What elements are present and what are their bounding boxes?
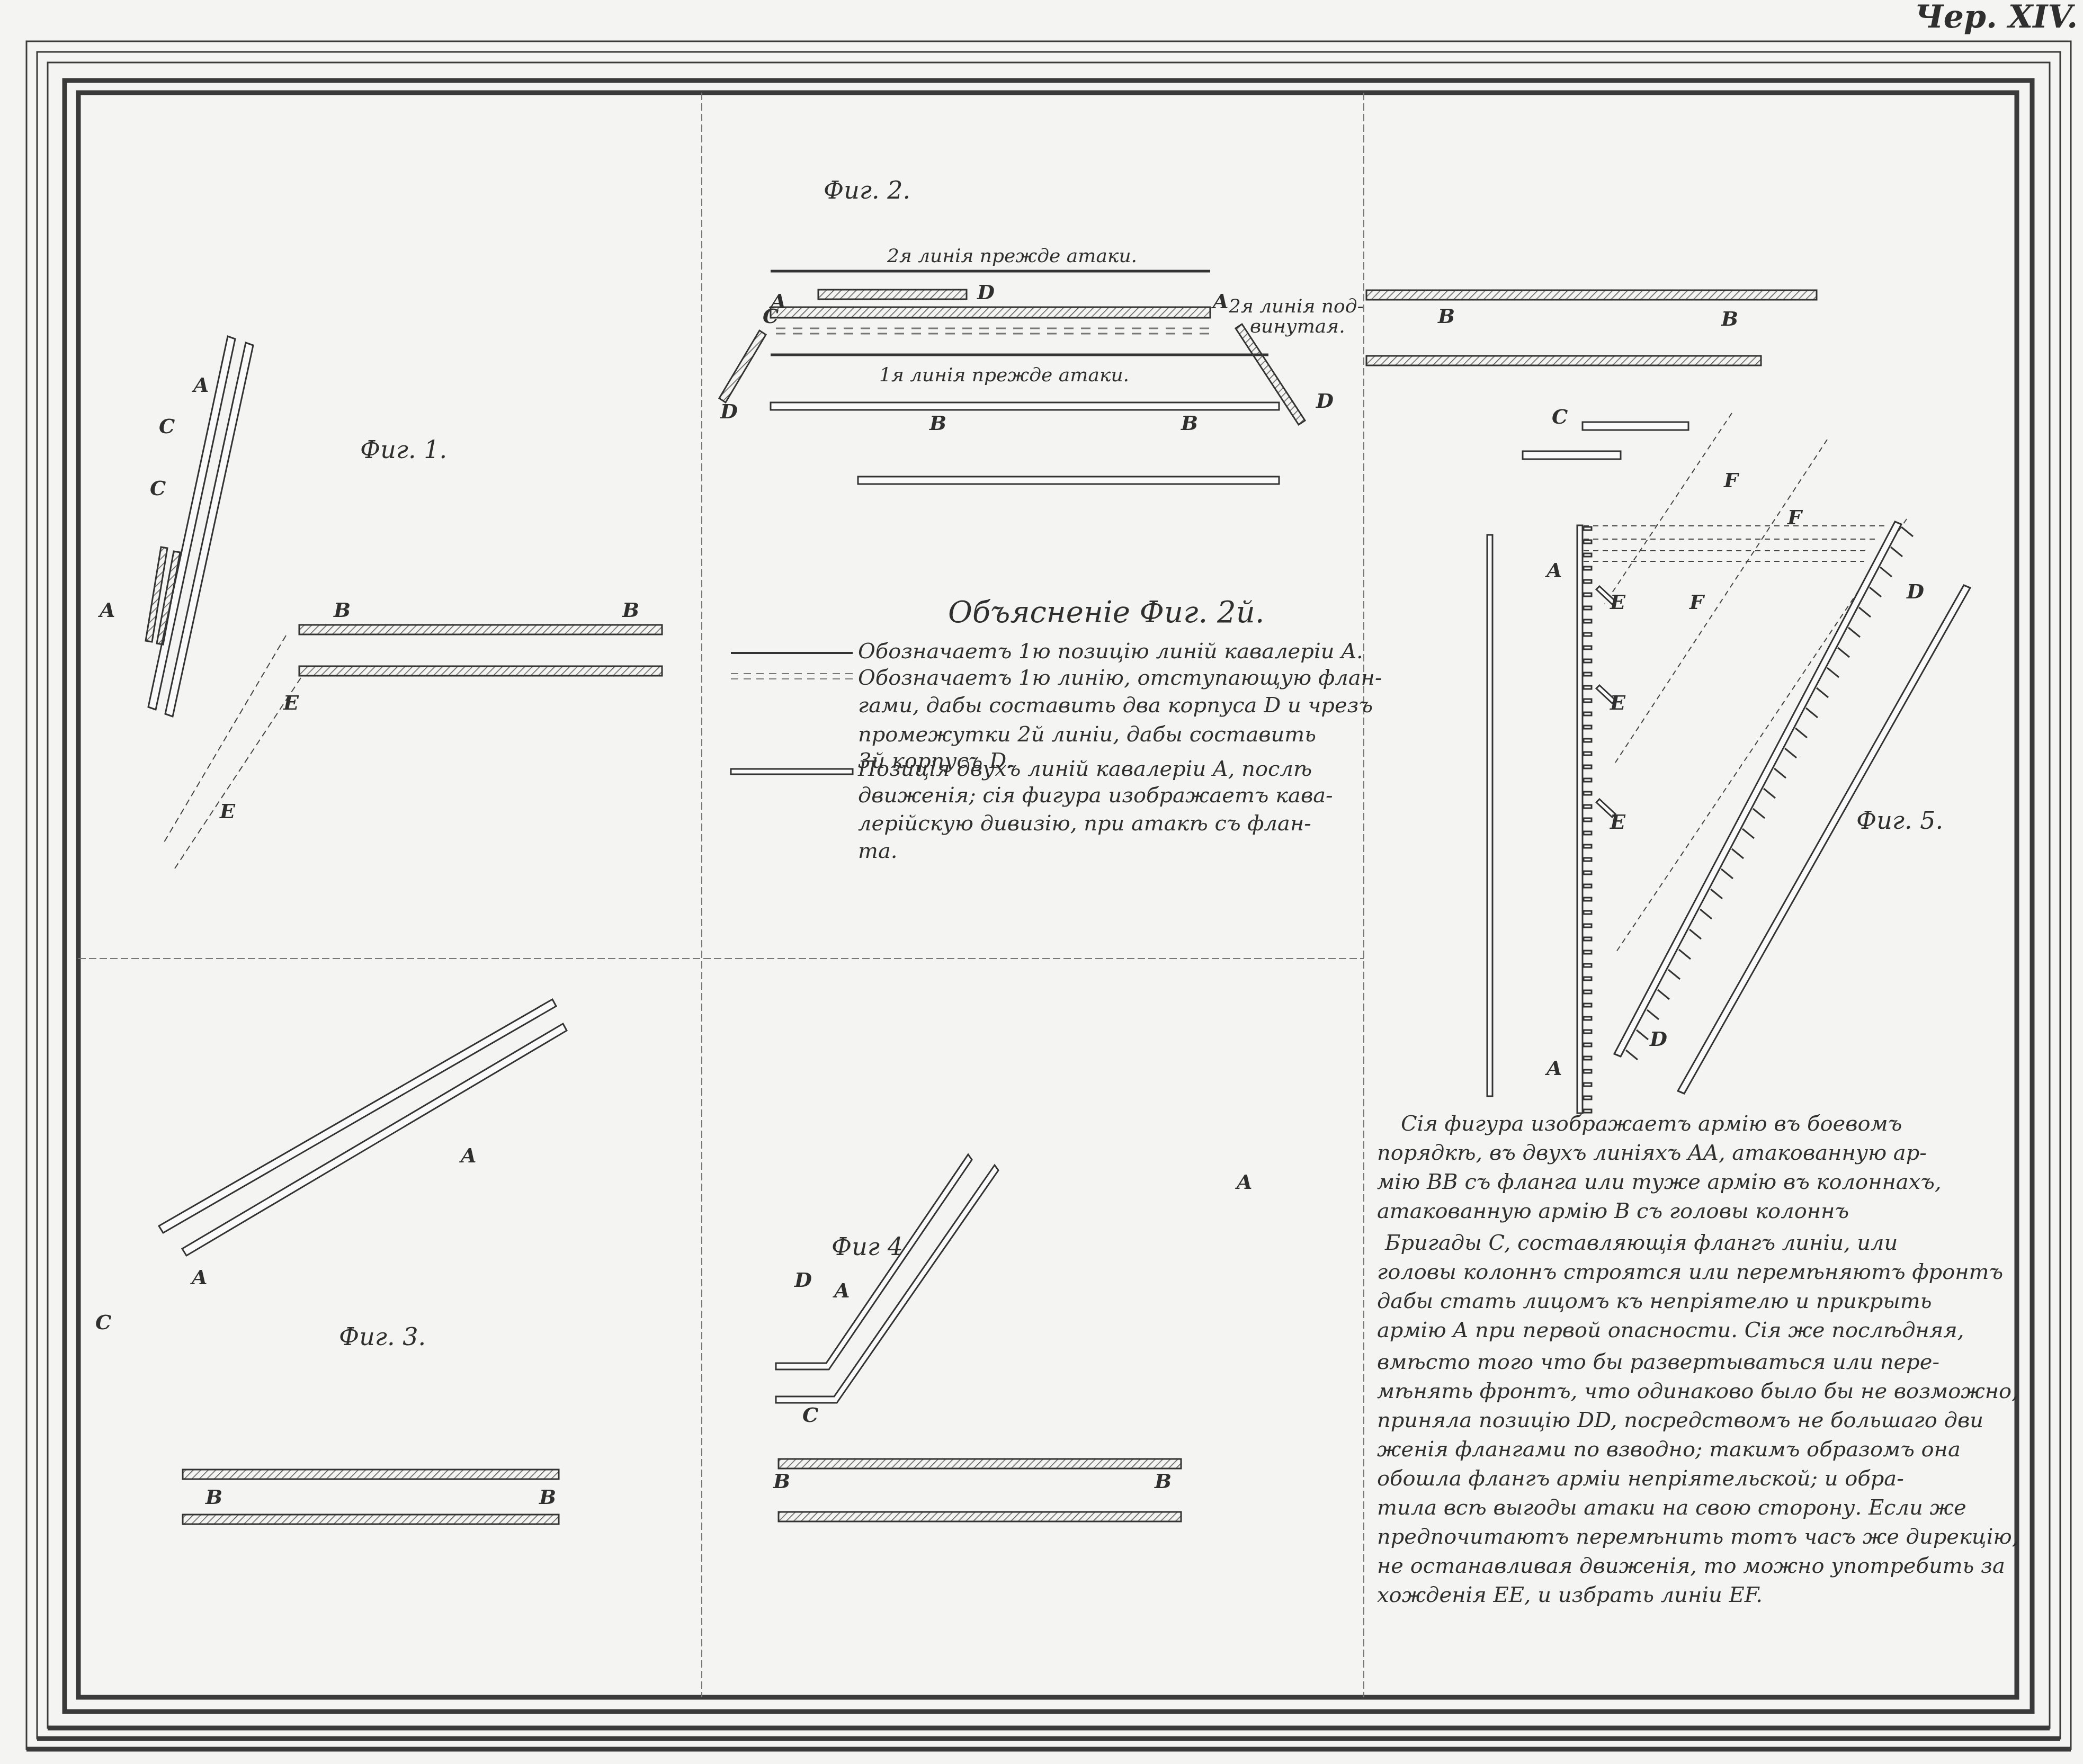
label-fig3-labels-A_bottom: A <box>190 1265 207 1289</box>
label-fig5-description-7: армію A при первой опасности. Сія же пос… <box>1377 1318 1964 1342</box>
engraved-plate: Чер. XIV. Фиг. 1. A A C C <box>0 0 2083 1764</box>
svg-text:лерійскую дивизію, при атакѣ с: лерійскую дивизію, при атакѣ съ флан- <box>858 811 1311 836</box>
svg-text:Обозначаетъ 1ю линію, отступаю: Обозначаетъ 1ю линію, отступающую флан- <box>858 666 1382 690</box>
label-legend-items-2-lines-2: лерійскую дивизію, при атакѣ съ флан- <box>858 811 1311 836</box>
figure-3: A A Фиг. 3. C B B <box>95 999 567 1524</box>
label-fig5-labels-A_bottom: A <box>1545 1056 1562 1080</box>
label-fig5-description-6: дабы стать лицомъ къ непріятелю и прикры… <box>1377 1289 1932 1313</box>
legend-heading: Объясненіе Фиг. 2й. <box>948 595 1265 630</box>
label-fig5-labels-E2: E <box>1610 691 1626 714</box>
label-legend-items-2-lines-3: та. <box>858 839 898 863</box>
label-legend-items-1-lines-2: промежутки 2й линіи, дабы составить <box>858 722 1316 747</box>
label-fig4-labels-C: C <box>802 1403 818 1427</box>
label-fig2-line2_moved_1: 2я линія под- <box>1228 296 1364 317</box>
label-fig1-labels-E_lower: E <box>219 799 236 823</box>
figure-1: Фиг. 1. A A C C B B E E <box>98 336 662 868</box>
figure-4: Фиг 4. A D A C B B <box>773 1154 1252 1521</box>
legend-dashed-swatch <box>731 674 853 679</box>
label-fig1-labels-B_right: B <box>622 598 639 622</box>
label-fig3-labels-B_left: B <box>205 1485 222 1509</box>
fig5-platoon-ticks <box>1584 527 1592 1113</box>
label-fig5-labels-F1: F <box>1723 468 1740 492</box>
plate-number: Чер. XIV. <box>1915 0 2078 35</box>
label-fig5-description-9: мѣнять фронтъ, что одинаково было бы не … <box>1377 1379 2018 1403</box>
label-fig3-labels-A_top: A <box>459 1143 476 1167</box>
label-fig4-labels-A_top: A <box>1235 1170 1252 1194</box>
label-fig4-labels-D: D <box>794 1268 812 1292</box>
svg-text:движенія; сія фигура изображае: движенія; сія фигура изображаетъ кава- <box>858 783 1333 808</box>
label-fig1-labels-C_bottom: C <box>150 476 166 500</box>
label-fig1-labels-A_top: A <box>192 373 209 397</box>
label-fig2-labels-B_left: B <box>929 411 946 435</box>
label-fig5-description-16: хожденія EE, и избрать линіи EF. <box>1377 1583 1763 1607</box>
label-fig5-labels-D_top: D <box>1906 579 1924 603</box>
figure-2-legend: Объясненіе Фиг. 2й. Обозначаетъ 1ю позиц… <box>731 595 1382 863</box>
label-fig4-labels-A_mid: A <box>833 1278 850 1302</box>
label-fig2-labels-A_right: A <box>1211 289 1228 313</box>
label-fig5-description-14: предпочитаютъ перемѣнить тотъ часъ же ди… <box>1377 1525 2018 1549</box>
label-fig5-description-15: не останавливая движенія, то можно употр… <box>1377 1554 2005 1578</box>
svg-text:гами, дабы составить два корпу: гами, дабы составить два корпуса D и чре… <box>858 693 1373 718</box>
label-fig2-labels-D_left: D <box>720 399 738 423</box>
label-legend-items-0-lines-0: Обозначаетъ 1ю позицію линій кавалеріи A… <box>858 639 1363 664</box>
label-fig5-labels-F2: F <box>1787 505 1803 529</box>
figure-5: B B C F F F <box>1366 290 2018 1607</box>
fig5-title: Фиг. 5. <box>1856 806 1943 835</box>
label-fig5-labels-B_left: B <box>1437 304 1455 328</box>
legend-double-swatch <box>731 769 853 774</box>
label-fig3-labels-C: C <box>95 1310 111 1334</box>
label-fig5-description-11: женія флангами по взводно; такимъ образо… <box>1377 1437 1961 1462</box>
label-fig5-description-4: Бригады C, составляющія флангъ линіи, ил… <box>1384 1231 1898 1255</box>
svg-text:промежутки 2й линіи, дабы сост: промежутки 2й линіи, дабы составить <box>858 722 1316 747</box>
label-fig3-labels-B_right: B <box>539 1485 556 1509</box>
label-fig2-labels-D_mid: D <box>977 280 995 304</box>
label-fig5-labels-E3: E <box>1610 810 1626 834</box>
label-legend-items-2-lines-1: движенія; сія фигура изображаетъ кава- <box>858 783 1333 808</box>
label-fig1-labels-E_upper: E <box>283 691 299 714</box>
svg-text:Позиція двухъ линій кавалеріи: Позиція двухъ линій кавалеріи A, послѣ <box>857 757 1312 781</box>
label-fig2-labels-B_right: B <box>1181 411 1198 435</box>
figure-2: Фиг. 2. 2я линія прежде атаки. D A A C 2… <box>719 176 1364 484</box>
label-fig5-description-2: мію BB съ фланга или туже армію въ колон… <box>1377 1170 1942 1194</box>
label-fig4-labels-B_left: B <box>773 1469 790 1493</box>
fig5-diagonal-ticks <box>1626 527 1913 1060</box>
label-fig5-description-0: Сія фигура изображаетъ армію въ боевомъ <box>1401 1112 1902 1136</box>
label-fig5-description-12: обошла флангъ арміи непріятельской; и об… <box>1377 1466 1904 1491</box>
label-fig5-labels-D_bottom: D <box>1649 1027 1667 1051</box>
label-fig2-line2_moved_2: винутая. <box>1250 316 1345 337</box>
fig1-title: Фиг. 1. <box>360 435 447 464</box>
label-fig5-description-10: приняла позицію DD, посредствомъ не боль… <box>1377 1408 1983 1432</box>
label-fig5-labels-F3: F <box>1689 590 1705 614</box>
fig2-title: Фиг. 2. <box>824 176 910 204</box>
label-fig5-description-5: головы колоннъ строятся или перемѣняютъ … <box>1377 1260 2003 1284</box>
svg-text:Обозначаетъ 1ю позицію линій к: Обозначаетъ 1ю позицію линій кавалеріи A… <box>858 639 1363 664</box>
label-legend-items-1-lines-1: гами, дабы составить два корпуса D и чре… <box>858 693 1373 718</box>
label-fig1-labels-C_top: C <box>159 414 175 438</box>
label-fig1-labels-A_bottom: A <box>98 598 115 622</box>
label-fig4-labels-B_right: B <box>1154 1469 1172 1493</box>
label-fig5-description-8: вмѣсто того что бы развертываться или пе… <box>1377 1350 1939 1374</box>
label-legend-items-2-lines-0: Позиція двухъ линій кавалеріи A, послѣ <box>857 757 1312 781</box>
fig5-description: Сія фигура изображаетъ армію въ боевомъ … <box>1377 1112 2018 1607</box>
label-fig2-labels-D_right: D <box>1316 389 1334 413</box>
fig3-title: Фиг. 3. <box>339 1322 426 1351</box>
label-fig1-labels-B_left: B <box>333 598 351 622</box>
label-fig5-description-3: атакованную армію B съ головы колоннъ <box>1377 1199 1849 1223</box>
svg-text:та.: та. <box>858 839 898 863</box>
label-fig5-labels-C: C <box>1552 405 1568 428</box>
label-legend-items-1-lines-0: Обозначаетъ 1ю линію, отступающую флан- <box>858 666 1382 690</box>
label-fig5-labels-B_right: B <box>1721 307 1738 330</box>
label-fig5-labels-E1: E <box>1610 590 1626 614</box>
label-fig2-line2_before: 2я линія прежде атаки. <box>887 245 1137 267</box>
label-fig5-description-13: тила всѣ выгоды атаки на свою сторону. Е… <box>1377 1496 1966 1520</box>
label-fig5-description-1: порядкѣ, въ двухъ линіяхъ AA, атакованну… <box>1377 1141 1927 1165</box>
label-fig5-labels-A_top: A <box>1545 558 1562 582</box>
label-fig2-line1_before: 1я линія прежде атаки. <box>879 364 1129 386</box>
